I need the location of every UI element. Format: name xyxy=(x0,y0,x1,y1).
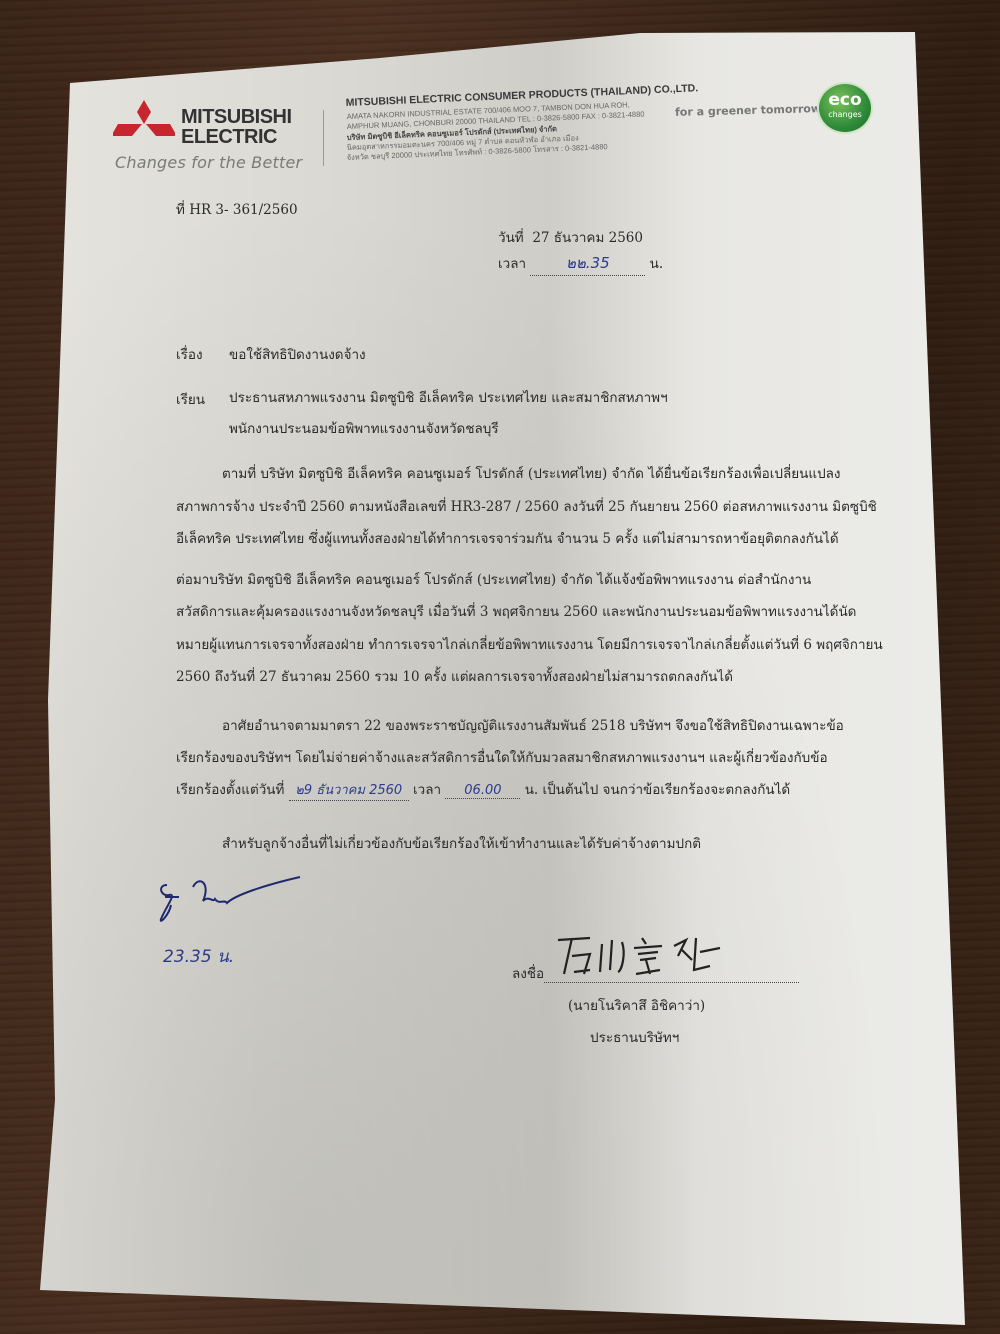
paragraph-2-line: เรียกร้องของบริษัทฯ โดยไม่จ่ายค่าจ้างและ… xyxy=(176,746,828,768)
paragraph-1-line: ต่อมาบริษัท มิตซูบิชิ อีเล็คทริค คอนซูเม… xyxy=(176,568,811,590)
letterhead-divider xyxy=(323,110,324,166)
eco-changes-badge-icon: eco changes xyxy=(819,84,871,132)
paragraph-3: สำหรับลูกจ้างอื่นที่ไม่เกี่ยวข้องกับข้อเ… xyxy=(222,832,701,854)
receipt-time: 23.35 น. xyxy=(163,943,234,970)
handwritten-time: ๒๒.35 xyxy=(530,251,645,276)
receipt-signature-icon xyxy=(155,875,305,925)
subject-label: เรื่อง xyxy=(176,343,203,365)
president-signature-icon xyxy=(550,930,730,980)
document-time: เวลา ๒๒.35 น. xyxy=(498,251,663,276)
recipient-line: ประธานสหภาพแรงงาน มิตซูบิชิ อีเล็คทริค ป… xyxy=(229,386,668,408)
signatory-title: ประธานบริษัทฯ xyxy=(590,1026,679,1048)
brand-tagline: Changes for the Better xyxy=(115,153,302,172)
signatory-name: (นายโนริคาสึ อิชิคาว่า) xyxy=(568,994,705,1016)
paragraph-2-line: อาศัยอำนาจตามมาตรา 22 ของพระราชบัญญัติแร… xyxy=(222,714,844,736)
brand-name-line1: MITSUBISHI xyxy=(181,107,292,127)
document-date: วันที่ 27 ธันวาคม 2560 xyxy=(498,226,643,248)
paragraph-1-line: หมายผู้แทนการเจรจาทั้งสองฝ่าย ทำการเจรจา… xyxy=(176,633,883,655)
subject-text: ขอใช้สิทธิปิดงานงดจ้าง xyxy=(229,343,366,365)
handwritten-lockout-date: ๒9 ธันวาคม 2560 xyxy=(289,779,409,801)
recipient-line: พนักงานประนอมข้อพิพาทแรงงานจังหวัดชลบุรี xyxy=(229,417,499,439)
paragraph-2-line: เรียกร้องตั้งแต่วันที่ ๒9 ธันวาคม 2560 เ… xyxy=(176,778,790,801)
paragraph-1-line: ตามที่ บริษัท มิตซูบิชิ อีเล็คทริค คอนซู… xyxy=(222,462,841,484)
paragraph-1-line: 2560 ถึงวันที่ 27 ธันวาคม 2560 รวม 10 คร… xyxy=(176,665,733,687)
recipient-label: เรียน xyxy=(176,388,205,410)
handwritten-lockout-time: 06.00 xyxy=(445,783,520,799)
document-reference: ที่ HR 3- 361/2560 xyxy=(176,198,298,220)
mitsubishi-three-diamonds-logo-icon xyxy=(113,100,175,148)
brand-name-line2: ELECTRIC xyxy=(181,127,277,147)
paragraph-1-line: สภาพการจ้าง ประจำปี 2560 ตามหนังสือเลขที… xyxy=(176,495,877,517)
paragraph-1-line: สวัสดิการและคุ้มครองแรงงานจังหวัดชลบุรี … xyxy=(176,600,856,622)
paragraph-1-line: อีเล็คทริค ประเทศไทย ซึ่งผู้แทนทั้งสองฝ่… xyxy=(176,527,839,549)
